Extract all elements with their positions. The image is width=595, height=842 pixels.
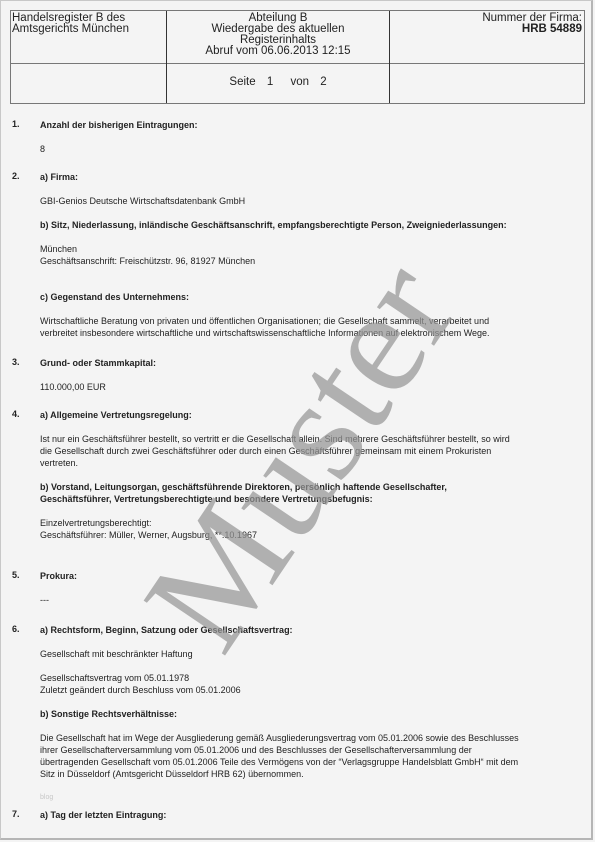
section-number: 1. bbox=[12, 119, 20, 131]
section-number: 3. bbox=[12, 357, 20, 369]
prokura-value: --- bbox=[40, 594, 580, 606]
entry-count: 8 bbox=[40, 143, 580, 155]
legal-relations-line: übertragenden Gesellschaft vom 05.01.200… bbox=[40, 756, 580, 768]
articles-date: Gesellschaftsvertrag vom 05.01.1978 bbox=[40, 672, 580, 684]
section-heading: a) Firma: bbox=[40, 171, 580, 183]
section-subheading: b) Vorstand, Leitungsorgan, geschäftsfüh… bbox=[40, 481, 580, 493]
business-purpose-line: Wirtschaftliche Beratung von privaten un… bbox=[40, 315, 580, 327]
section-heading: Anzahl der bisherigen Eintragungen: bbox=[40, 119, 580, 131]
section-number: 7. bbox=[12, 809, 20, 821]
section-heading: Grund- oder Stammkapital: bbox=[40, 357, 580, 369]
section-heading: a) Rechtsform, Beginn, Satzung oder Gese… bbox=[40, 624, 580, 636]
legal-relations-line: Die Gesellschaft hat im Wege der Ausglie… bbox=[40, 732, 580, 744]
section-subheading: b) Sonstige Rechtsverhältnisse: bbox=[40, 708, 580, 720]
section-heading: Prokura: bbox=[40, 570, 580, 582]
section-number: 5. bbox=[12, 570, 20, 582]
representation-rule-line: die Gesellschaft durch zwei Geschäftsfüh… bbox=[40, 445, 580, 457]
section-number: 4. bbox=[12, 409, 20, 421]
last-amended: Zuletzt geändert durch Beschluss vom 05.… bbox=[40, 684, 580, 696]
blog-mark: blog bbox=[40, 792, 53, 804]
representation-rule-line: vertreten. bbox=[40, 457, 580, 469]
section-subheading: Geschäftsführer, Vertretungsberechtigte … bbox=[40, 493, 580, 505]
representation-type: Einzelvertretungsberechtigt: bbox=[40, 517, 580, 529]
business-address: Geschäftsanschrift: Freischützstr. 96, 8… bbox=[40, 255, 580, 267]
legal-relations-line: Sitz in Düsseldorf (Amtsgericht Düsseldo… bbox=[40, 768, 580, 780]
section-number: 6. bbox=[12, 624, 20, 636]
section-subheading: c) Gegenstand des Unternehmens: bbox=[40, 291, 580, 303]
section-subheading: b) Sitz, Niederlassung, inländische Gesc… bbox=[40, 219, 580, 231]
share-capital: 110.000,00 EUR bbox=[40, 381, 580, 393]
representation-rule-line: Ist nur ein Geschäftsführer bestellt, so… bbox=[40, 433, 580, 445]
section-heading: a) Tag der letzten Eintragung: bbox=[40, 809, 580, 821]
business-purpose-line: verbreitet insbesondere wirtschaftliche … bbox=[40, 327, 580, 339]
company-name: GBI-Genios Deutsche Wirtschaftsdatenbank… bbox=[40, 195, 580, 207]
section-number: 2. bbox=[12, 171, 20, 183]
seat: München bbox=[40, 243, 580, 255]
managing-director: Geschäftsführer: Müller, Werner, Augsbur… bbox=[40, 529, 580, 541]
legal-relations-line: ihrer Gesellschafterversammlung vom 05.0… bbox=[40, 744, 580, 756]
section-heading: a) Allgemeine Vertretungsregelung: bbox=[40, 409, 580, 421]
legal-form: Gesellschaft mit beschränkter Haftung bbox=[40, 648, 580, 660]
register-content: 1. Anzahl der bisherigen Eintragungen: 8… bbox=[0, 0, 595, 842]
